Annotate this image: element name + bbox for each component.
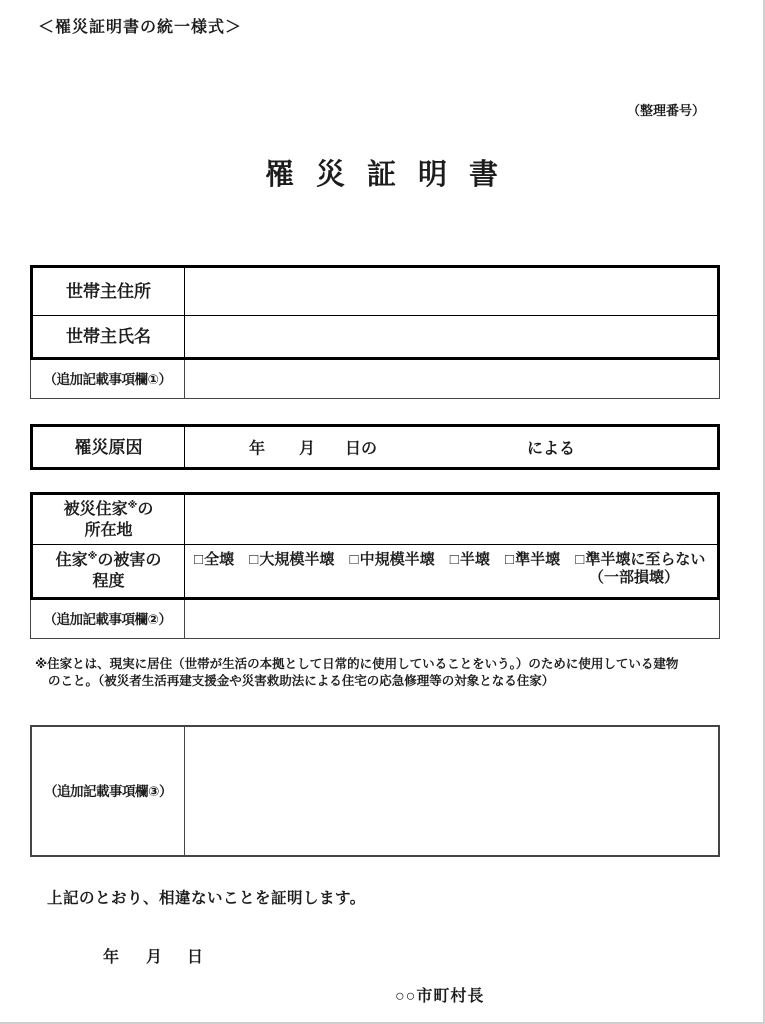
damage-degree-options-line: □全壊 □大規模半壊 □中規模半壊 □半壊 □準半壊 □準半壊に至らない <box>194 551 713 569</box>
mayor-signature-line: ○○市町村長 <box>395 983 484 1006</box>
damage-option-label: 準半壊 <box>515 551 560 568</box>
cause-suffix: による <box>527 436 575 459</box>
checkbox-icon[interactable]: □ <box>450 551 459 568</box>
dwelling-location-row: 被災住家※の 所在地 <box>33 495 717 544</box>
damage-degree-label: 住家※の被害の 程度 <box>33 545 185 597</box>
cause-row: 罹災原因 年 月 日の による <box>33 427 717 467</box>
householder-address-value-cell[interactable] <box>185 268 717 315</box>
additional-entry-row-2: （追加記載事項欄②） <box>30 600 720 639</box>
damage-degree-label-line1: 住家※の被害の <box>56 550 162 571</box>
form-style-note: ＜罹災証明書の統一様式＞ <box>38 14 242 37</box>
damage-option-label: 全壊 <box>204 551 234 568</box>
checkbox-icon[interactable]: □ <box>505 551 514 568</box>
additional-entry-row-1: （追加記載事項欄①） <box>30 360 720 399</box>
additional-entry-1-label: （追加記載事項欄①） <box>31 360 185 398</box>
damage-option-total-collapse: □全壊 <box>194 551 234 568</box>
document-title: 罹災証明書 <box>0 152 763 193</box>
cause-year-unit: 年 <box>249 436 265 459</box>
damage-degree-note: （一部損壊） <box>194 569 713 586</box>
checkbox-icon[interactable]: □ <box>194 551 203 568</box>
householder-name-label: 世帯主氏名 <box>33 316 185 357</box>
footnote-line2: のこと。（被災者生活再建支援金や災害救助法による住宅の応急修理等の対象となる住家… <box>35 673 737 690</box>
damage-degree-row: 住家※の被害の 程度 □全壊 □大規模半壊 □中規模半壊 □半壊 □準半壊 □準… <box>33 544 717 597</box>
footnote-line1: ※住家とは、現実に居住（世帯が生活の本拠として日常的に使用していることをいう。）… <box>35 657 678 671</box>
dwelling-location-label-line1: 被災住家※の <box>64 499 154 520</box>
cause-month-unit: 月 <box>299 436 315 459</box>
damage-option-label: 中規模半壊 <box>360 551 435 568</box>
dwelling-location-value-cell[interactable] <box>185 495 717 544</box>
damage-option-quasi-half-collapse: □準半壊 <box>505 551 560 568</box>
additional-entry-3-value-cell[interactable] <box>185 727 718 855</box>
checkbox-icon[interactable]: □ <box>350 551 359 568</box>
date-month-unit: 月 <box>146 944 162 967</box>
additional-entry-3-label: （追加記載事項欄③） <box>32 727 185 855</box>
checkbox-icon[interactable]: □ <box>249 551 258 568</box>
damage-option-medium-half-collapse: □中規模半壊 <box>350 551 435 568</box>
householder-name-row: 世帯主氏名 <box>33 315 717 357</box>
householder-box: 世帯主住所 世帯主氏名 <box>30 265 720 360</box>
damage-option-label: 準半壊に至らない <box>585 551 705 568</box>
cause-box: 罹災原因 年 月 日の による <box>30 424 720 470</box>
checkbox-icon[interactable]: □ <box>575 551 584 568</box>
damage-option-large-half-collapse: □大規模半壊 <box>249 551 334 568</box>
damage-box: 被災住家※の 所在地 住家※の被害の 程度 □全壊 □大規模半壊 □中規模半壊 … <box>30 492 720 600</box>
damage-option-label: 半壊 <box>460 551 490 568</box>
additional-entry-2-value-cell[interactable] <box>185 600 719 638</box>
householder-address-row: 世帯主住所 <box>33 268 717 315</box>
reference-mark: ※ <box>128 500 138 511</box>
dwelling-location-label-line2: 所在地 <box>84 520 132 541</box>
householder-address-label: 世帯主住所 <box>33 268 185 315</box>
additional-entry-2-label: （追加記載事項欄②） <box>31 600 185 638</box>
additional-entry-table-3: （追加記載事項欄③） <box>30 725 720 857</box>
cause-day-unit: 日の <box>345 436 377 459</box>
date-day-unit: 日 <box>187 944 203 967</box>
householder-table: 世帯主住所 世帯主氏名 （追加記載事項欄①） <box>30 265 720 399</box>
cause-value-cell[interactable]: 年 月 日の による <box>185 427 717 467</box>
damage-option-half-collapse: □半壊 <box>450 551 490 568</box>
date-year-unit: 年 <box>103 944 119 967</box>
reference-number-label: （整理番号） <box>627 100 705 119</box>
dwelling-location-label: 被災住家※の 所在地 <box>33 495 185 544</box>
additional-entry-1-value-cell[interactable] <box>185 360 719 398</box>
damage-table: 被災住家※の 所在地 住家※の被害の 程度 □全壊 □大規模半壊 □中規模半壊 … <box>30 492 720 639</box>
damage-degree-value-cell: □全壊 □大規模半壊 □中規模半壊 □半壊 □準半壊 □準半壊に至らない （一部… <box>185 545 717 597</box>
certification-statement: 上記のとおり、相違ないことを証明します。 <box>47 886 366 908</box>
certificate-page: ＜罹災証明書の統一様式＞ （整理番号） 罹災証明書 世帯主住所 世帯主氏名 （追… <box>0 0 765 1024</box>
damage-option-label: 大規模半壊 <box>259 551 334 568</box>
cause-label: 罹災原因 <box>33 427 185 467</box>
householder-name-value-cell[interactable] <box>185 316 717 357</box>
dwelling-definition-footnote: ※住家とは、現実に居住（世帯が生活の本拠として日常的に使用していることをいう。）… <box>35 656 737 690</box>
damage-option-below-quasi-half-collapse: □準半壊に至らない <box>575 551 705 568</box>
cause-table: 罹災原因 年 月 日の による <box>30 424 720 470</box>
reference-mark: ※ <box>88 551 98 562</box>
damage-degree-label-line2: 程度 <box>92 571 124 592</box>
